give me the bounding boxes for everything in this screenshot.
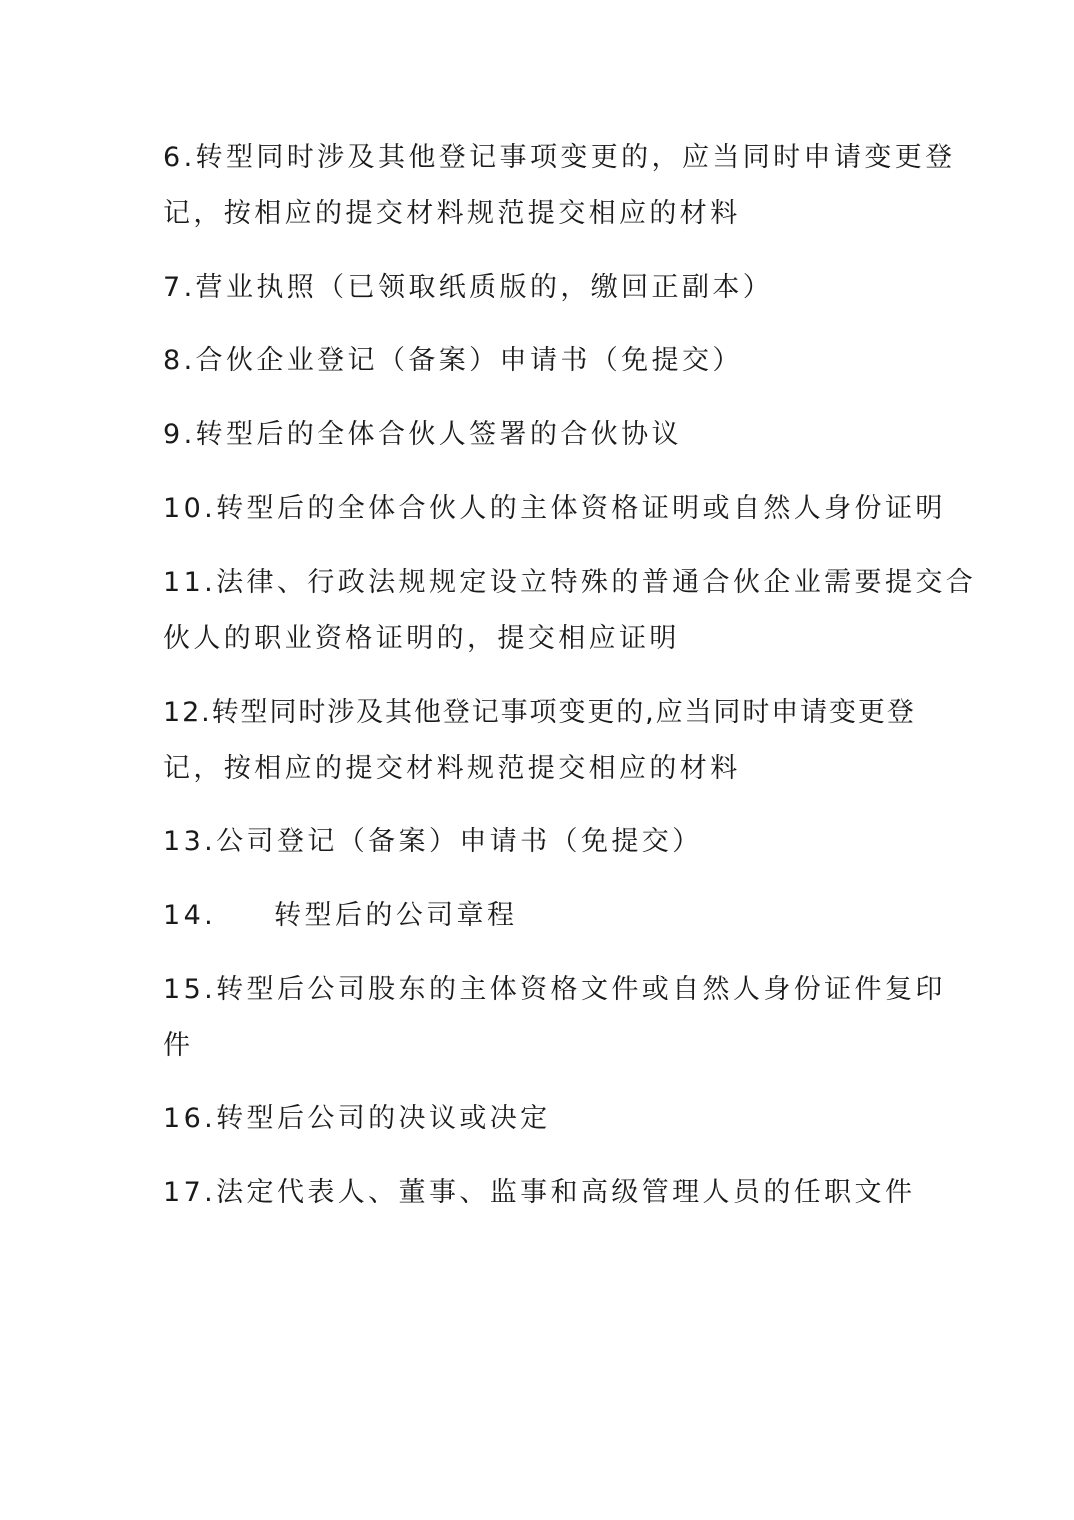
list-item-12-line-2: 记，按相应的提交材料规范提交相应的材料 xyxy=(163,751,741,787)
list-item-15-line-1: 15.转型后公司股东的主体资格文件或自然人身份证件复印 xyxy=(163,972,946,1008)
list-item-6-line-1: 6.转型同时涉及其他登记事项变更的，应当同时申请变更登 xyxy=(163,140,956,176)
list-item-15-line-2: 件 xyxy=(163,1028,193,1064)
list-item-12-line-1: 12.转型同时涉及其他登记事项变更的,应当同时申请变更登 xyxy=(163,695,916,731)
list-item-13: 13.公司登记（备案）申请书（免提交） xyxy=(163,824,703,860)
list-item-10: 10.转型后的全体合伙人的主体资格证明或自然人身份证明 xyxy=(163,491,946,527)
list-item-8: 8.合伙企业登记（备案）申请书（免提交） xyxy=(163,343,743,379)
list-item-14-number: 14. xyxy=(163,900,216,931)
list-item-6-line-2: 记，按相应的提交材料规范提交相应的材料 xyxy=(163,196,741,232)
list-item-7: 7.营业执照（已领取纸质版的，缴回正副本） xyxy=(163,270,773,306)
list-item-11-line-1: 11.法律、行政法规规定设立特殊的普通合伙企业需要提交合 xyxy=(163,565,976,601)
list-item-16: 16.转型后公司的决议或决定 xyxy=(163,1101,551,1137)
list-item-9: 9.转型后的全体合伙人签署的合伙协议 xyxy=(163,417,682,453)
document-page: 6.转型同时涉及其他登记事项变更的，应当同时申请变更登 记，按相应的提交材料规范… xyxy=(0,0,1074,1520)
list-item-14: 14.转型后的公司章程 xyxy=(163,898,517,934)
list-item-14-text: 转型后的公司章程 xyxy=(274,900,517,931)
list-item-11-line-2: 伙人的职业资格证明的，提交相应证明 xyxy=(163,621,680,657)
list-item-17: 17.法定代表人、董事、监事和高级管理人员的任职文件 xyxy=(163,1175,915,1211)
